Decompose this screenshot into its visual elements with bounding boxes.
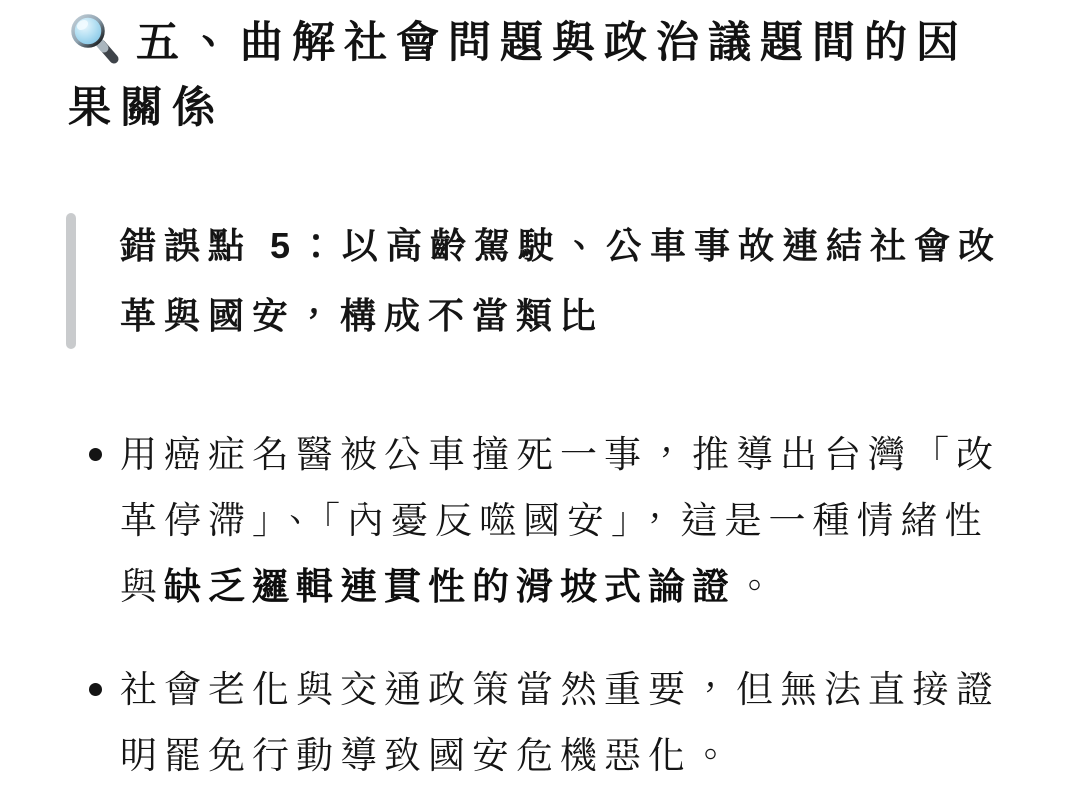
magnifying-glass-icon (68, 12, 122, 66)
section-heading-text: 五、曲解社會問題與政治議題間的因果關係 (68, 19, 968, 132)
list-item-1: 用癌症名醫被公車撞死一事，推導出台灣「改革停滯」、「內憂反噬國安」，這是一種情緒… (120, 422, 1014, 620)
list-item-2: 社會老化與交通政策當然重要，但無法直接證明罷免行動導致國安危機惡化。 (120, 657, 1014, 789)
document: 五、曲解社會問題與政治議題間的因果關係 錯誤點 5：以高齡駕駛、公車事故連結社會… (0, 0, 1080, 797)
bullet-1-period: 。 (736, 566, 780, 607)
error-point-callout: 錯誤點 5：以高齡駕駛、公車事故連結社會改革與國安，構成不當類比 (68, 211, 1014, 351)
callout-text: 錯誤點 5：以高齡駕駛、公車事故連結社會改革與國安，構成不當類比 (120, 211, 1014, 351)
bullet-1-bold-text: 缺乏邏輯連貫性的滑坡式論證 (164, 566, 736, 607)
bullet-2-text: 社會老化與交通政策當然重要，但無法直接證明罷免行動導致國安危機惡化。 (120, 669, 1000, 776)
bullet-list: 用癌症名醫被公車撞死一事，推導出台灣「改革停滯」、「內憂反噬國安」，這是一種情緒… (68, 422, 1014, 789)
section-heading: 五、曲解社會問題與政治議題間的因果關係 (68, 11, 1014, 141)
